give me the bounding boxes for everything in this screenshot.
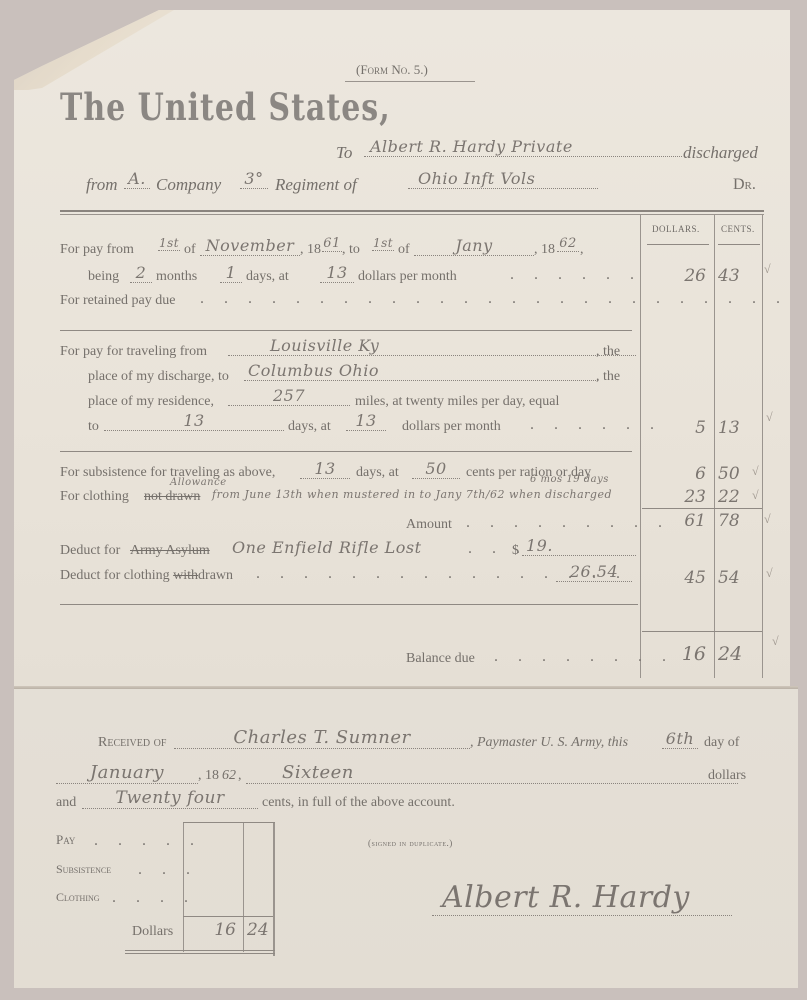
travel-rate-label: dollars per month xyxy=(402,419,501,435)
amount-sum-rule xyxy=(642,508,762,509)
subsistence-check-mark: √ xyxy=(752,464,759,479)
clothing-struck-text: not drawn xyxy=(144,489,200,505)
pay-to-year: 62 xyxy=(557,236,579,252)
fold-crease xyxy=(14,686,798,689)
balance-label: Balance due xyxy=(406,651,475,667)
deduct-check-mark: √ xyxy=(766,566,773,581)
discharge-place-label: place of my discharge, to xyxy=(88,369,229,385)
leader-dots: . . . . . . xyxy=(530,416,662,434)
leader-dots: . . . xyxy=(138,861,198,879)
clothing-handwritten-note: from June 13th when mustered in to Jany … xyxy=(212,488,612,501)
deduct-handwritten-item: One Enfield Rifle Lost xyxy=(232,538,422,557)
summary-box-top xyxy=(183,822,275,823)
residence-label: place of my residence, xyxy=(88,394,214,410)
leader-dots: . . . . . . . . xyxy=(494,648,674,666)
travel-dollars: 5 xyxy=(662,418,706,438)
clothing-check-mark: √ xyxy=(752,488,759,503)
miles-label: miles, at twenty miles per day, equal xyxy=(355,394,559,410)
summary-bottom-rule-2 xyxy=(125,953,275,954)
signed-in-duplicate-note: (signed in duplicate.) xyxy=(368,838,453,848)
amount-label: Amount xyxy=(406,517,452,533)
cents-header-rule xyxy=(718,244,760,245)
subsistence-days-label: days, at xyxy=(356,465,399,481)
from-label: from xyxy=(86,175,118,195)
retained-pay-label: For retained pay due xyxy=(60,293,175,309)
deduct-dollars: 45 xyxy=(662,568,706,588)
pay-from-label: For pay from xyxy=(60,242,134,258)
deduct-clothing-suffix: drawn xyxy=(198,568,233,583)
pay-to-day: 1st xyxy=(372,236,394,251)
travel-to-label: to xyxy=(88,419,99,435)
pay-cents: 43 xyxy=(718,266,750,286)
travel-cents: 13 xyxy=(718,418,750,438)
cents-label: cents, in full of the above account. xyxy=(262,795,455,811)
pay-of-label-2: of xyxy=(398,242,410,258)
leader-dots: . . . . . . xyxy=(510,266,642,284)
pay-rate: 13 xyxy=(320,263,354,283)
balance-sum-rule xyxy=(642,631,762,632)
table-top-rule-2 xyxy=(60,214,764,215)
summary-pay-label: Pay xyxy=(56,832,75,848)
travel-to-place: Columbus Ohio xyxy=(244,361,598,381)
document-page: (Form No. 5.) The United States, To Albe… xyxy=(0,0,807,1000)
subsistence-cents-rate: 50 xyxy=(412,459,460,479)
pay-of-label-1: of xyxy=(184,242,196,258)
subsistence-label: For subsistence for traveling as above, xyxy=(60,465,275,481)
amount-dollars: 61 xyxy=(662,511,706,531)
summary-box-left xyxy=(183,822,184,952)
deduct-cents: 54 xyxy=(718,568,750,588)
deduct-clothing-label: Deduct for clothing withdrawn xyxy=(60,568,233,584)
document-title: The United States, xyxy=(60,86,391,130)
section-rule xyxy=(60,451,632,452)
signature: Albert R. Hardy xyxy=(432,880,732,916)
days-at-label: days, at xyxy=(246,269,289,285)
deduct-asylum-value: 19. xyxy=(522,536,636,556)
day-of-label: day of xyxy=(704,735,739,751)
amount-cents: 78 xyxy=(718,511,750,531)
travel-miles: 257 xyxy=(228,386,350,406)
pay-to-label: , to xyxy=(342,242,360,258)
pay-dollars: 26 xyxy=(662,266,706,286)
comma: , xyxy=(238,768,242,784)
receipt-day: 6th xyxy=(662,729,698,749)
summary-dollars-label: Dollars xyxy=(132,924,173,940)
comma: , xyxy=(580,242,584,258)
receipt-month: January xyxy=(56,762,198,784)
regiment-state: Ohio Inft Vols xyxy=(408,169,598,189)
pay-year-prefix-2: , 18 xyxy=(534,242,555,258)
section-rule xyxy=(60,330,632,331)
travel-days-label: days, at xyxy=(288,419,331,435)
balance-cents: 24 xyxy=(718,643,752,665)
summary-subsistence-label: Subsistence xyxy=(56,862,111,877)
regiment-number: 3° xyxy=(240,169,268,189)
leader-dots: . . . . . xyxy=(94,832,202,850)
balance-check-mark: √ xyxy=(772,634,779,649)
travel-check-mark: √ xyxy=(766,410,773,425)
company-letter: A. xyxy=(124,169,150,189)
clothing-dollars: 23 xyxy=(662,487,706,507)
the-label-2: , the xyxy=(596,369,620,385)
dr-label: Dr. xyxy=(733,176,756,194)
deduct-clothing-struck: with xyxy=(173,568,198,583)
form-number-rule xyxy=(345,81,475,82)
the-label-1: , the xyxy=(596,344,620,360)
section-rule xyxy=(60,604,638,605)
company-label: Company xyxy=(156,175,221,195)
summary-clothing-label: Clothing xyxy=(56,890,100,905)
being-label: being xyxy=(88,269,119,285)
paymaster-label: , Paymaster U. S. Army, this xyxy=(470,735,628,751)
pay-months: 2 xyxy=(130,263,152,283)
pay-to-month: Jany xyxy=(414,236,534,256)
balance-dollars: 16 xyxy=(662,643,706,665)
clothing-cents: 22 xyxy=(718,487,750,507)
leader-dots: . . . . . . . . . xyxy=(466,514,670,532)
deduct-struck-text: Army Asylum xyxy=(130,543,210,559)
clothing-insert: Allowance xyxy=(170,477,227,488)
cents-col-left xyxy=(714,214,715,678)
payee-name: Albert R. Hardy Private xyxy=(364,137,682,157)
cents-header: CENTS. xyxy=(721,224,755,234)
pay-days: 1 xyxy=(220,263,242,283)
travel-from-label: For pay for traveling from xyxy=(60,344,207,360)
form-number: (Form No. 5.) xyxy=(356,62,428,78)
summary-dollars: 16 xyxy=(196,920,236,940)
deduct-clothing-value: 26.54 xyxy=(556,562,632,582)
cents-in-words: Twenty four xyxy=(82,788,258,809)
rate-label: dollars per month xyxy=(358,269,457,285)
summary-box-right xyxy=(273,822,275,956)
cents-col-right xyxy=(762,214,763,678)
dollars-label: dollars xyxy=(708,768,746,784)
clothing-label: For clothing xyxy=(60,489,129,505)
amount-check-mark: √ xyxy=(764,512,771,527)
travel-days: 13 xyxy=(104,411,284,431)
and-label: and xyxy=(56,795,76,811)
subsistence-cents: 50 xyxy=(718,464,750,484)
deduct-currency: $ xyxy=(512,543,519,559)
summary-box-mid xyxy=(243,822,244,952)
received-of-label: Received of xyxy=(98,735,166,751)
receipt-year: 62 xyxy=(222,768,236,784)
travel-from-place: Louisville Ky xyxy=(228,336,636,356)
pay-check-mark: √ xyxy=(764,262,771,277)
leader-dots: . . . xyxy=(468,540,528,558)
pay-from-year: 61 xyxy=(322,236,342,252)
to-label: To xyxy=(336,143,352,163)
dollars-header-rule xyxy=(647,244,709,245)
summary-total-rule xyxy=(183,916,273,917)
travel-rate: 13 xyxy=(346,411,386,431)
summary-cents: 24 xyxy=(247,920,271,940)
pay-from-day: 1st xyxy=(158,236,180,251)
table-top-rule xyxy=(60,210,764,212)
months-label: months xyxy=(156,269,197,285)
receipt-year-prefix: , 18 xyxy=(198,768,219,784)
subsistence-dollars: 6 xyxy=(662,464,706,484)
dollars-in-words: Sixteen xyxy=(246,762,738,784)
pay-from-month: November xyxy=(200,236,300,256)
leader-dots: . . . . . . . . . . . . . . . . . . . . … xyxy=(200,290,788,308)
regiment-label: Regiment of xyxy=(275,175,357,195)
discharged-label: discharged xyxy=(683,143,758,163)
pay-year-prefix-1: , 18 xyxy=(300,242,321,258)
summary-bottom-rule xyxy=(125,950,275,951)
clothing-period-note: 6 mos 19 days xyxy=(530,474,609,485)
deduct-label: Deduct for xyxy=(60,543,120,559)
dollars-header: DOLLARS. xyxy=(652,224,700,234)
paymaster-name: Charles T. Sumner xyxy=(174,727,470,749)
deduct-clothing-prefix: Deduct for clothing xyxy=(60,568,170,583)
subsistence-days: 13 xyxy=(300,459,350,479)
